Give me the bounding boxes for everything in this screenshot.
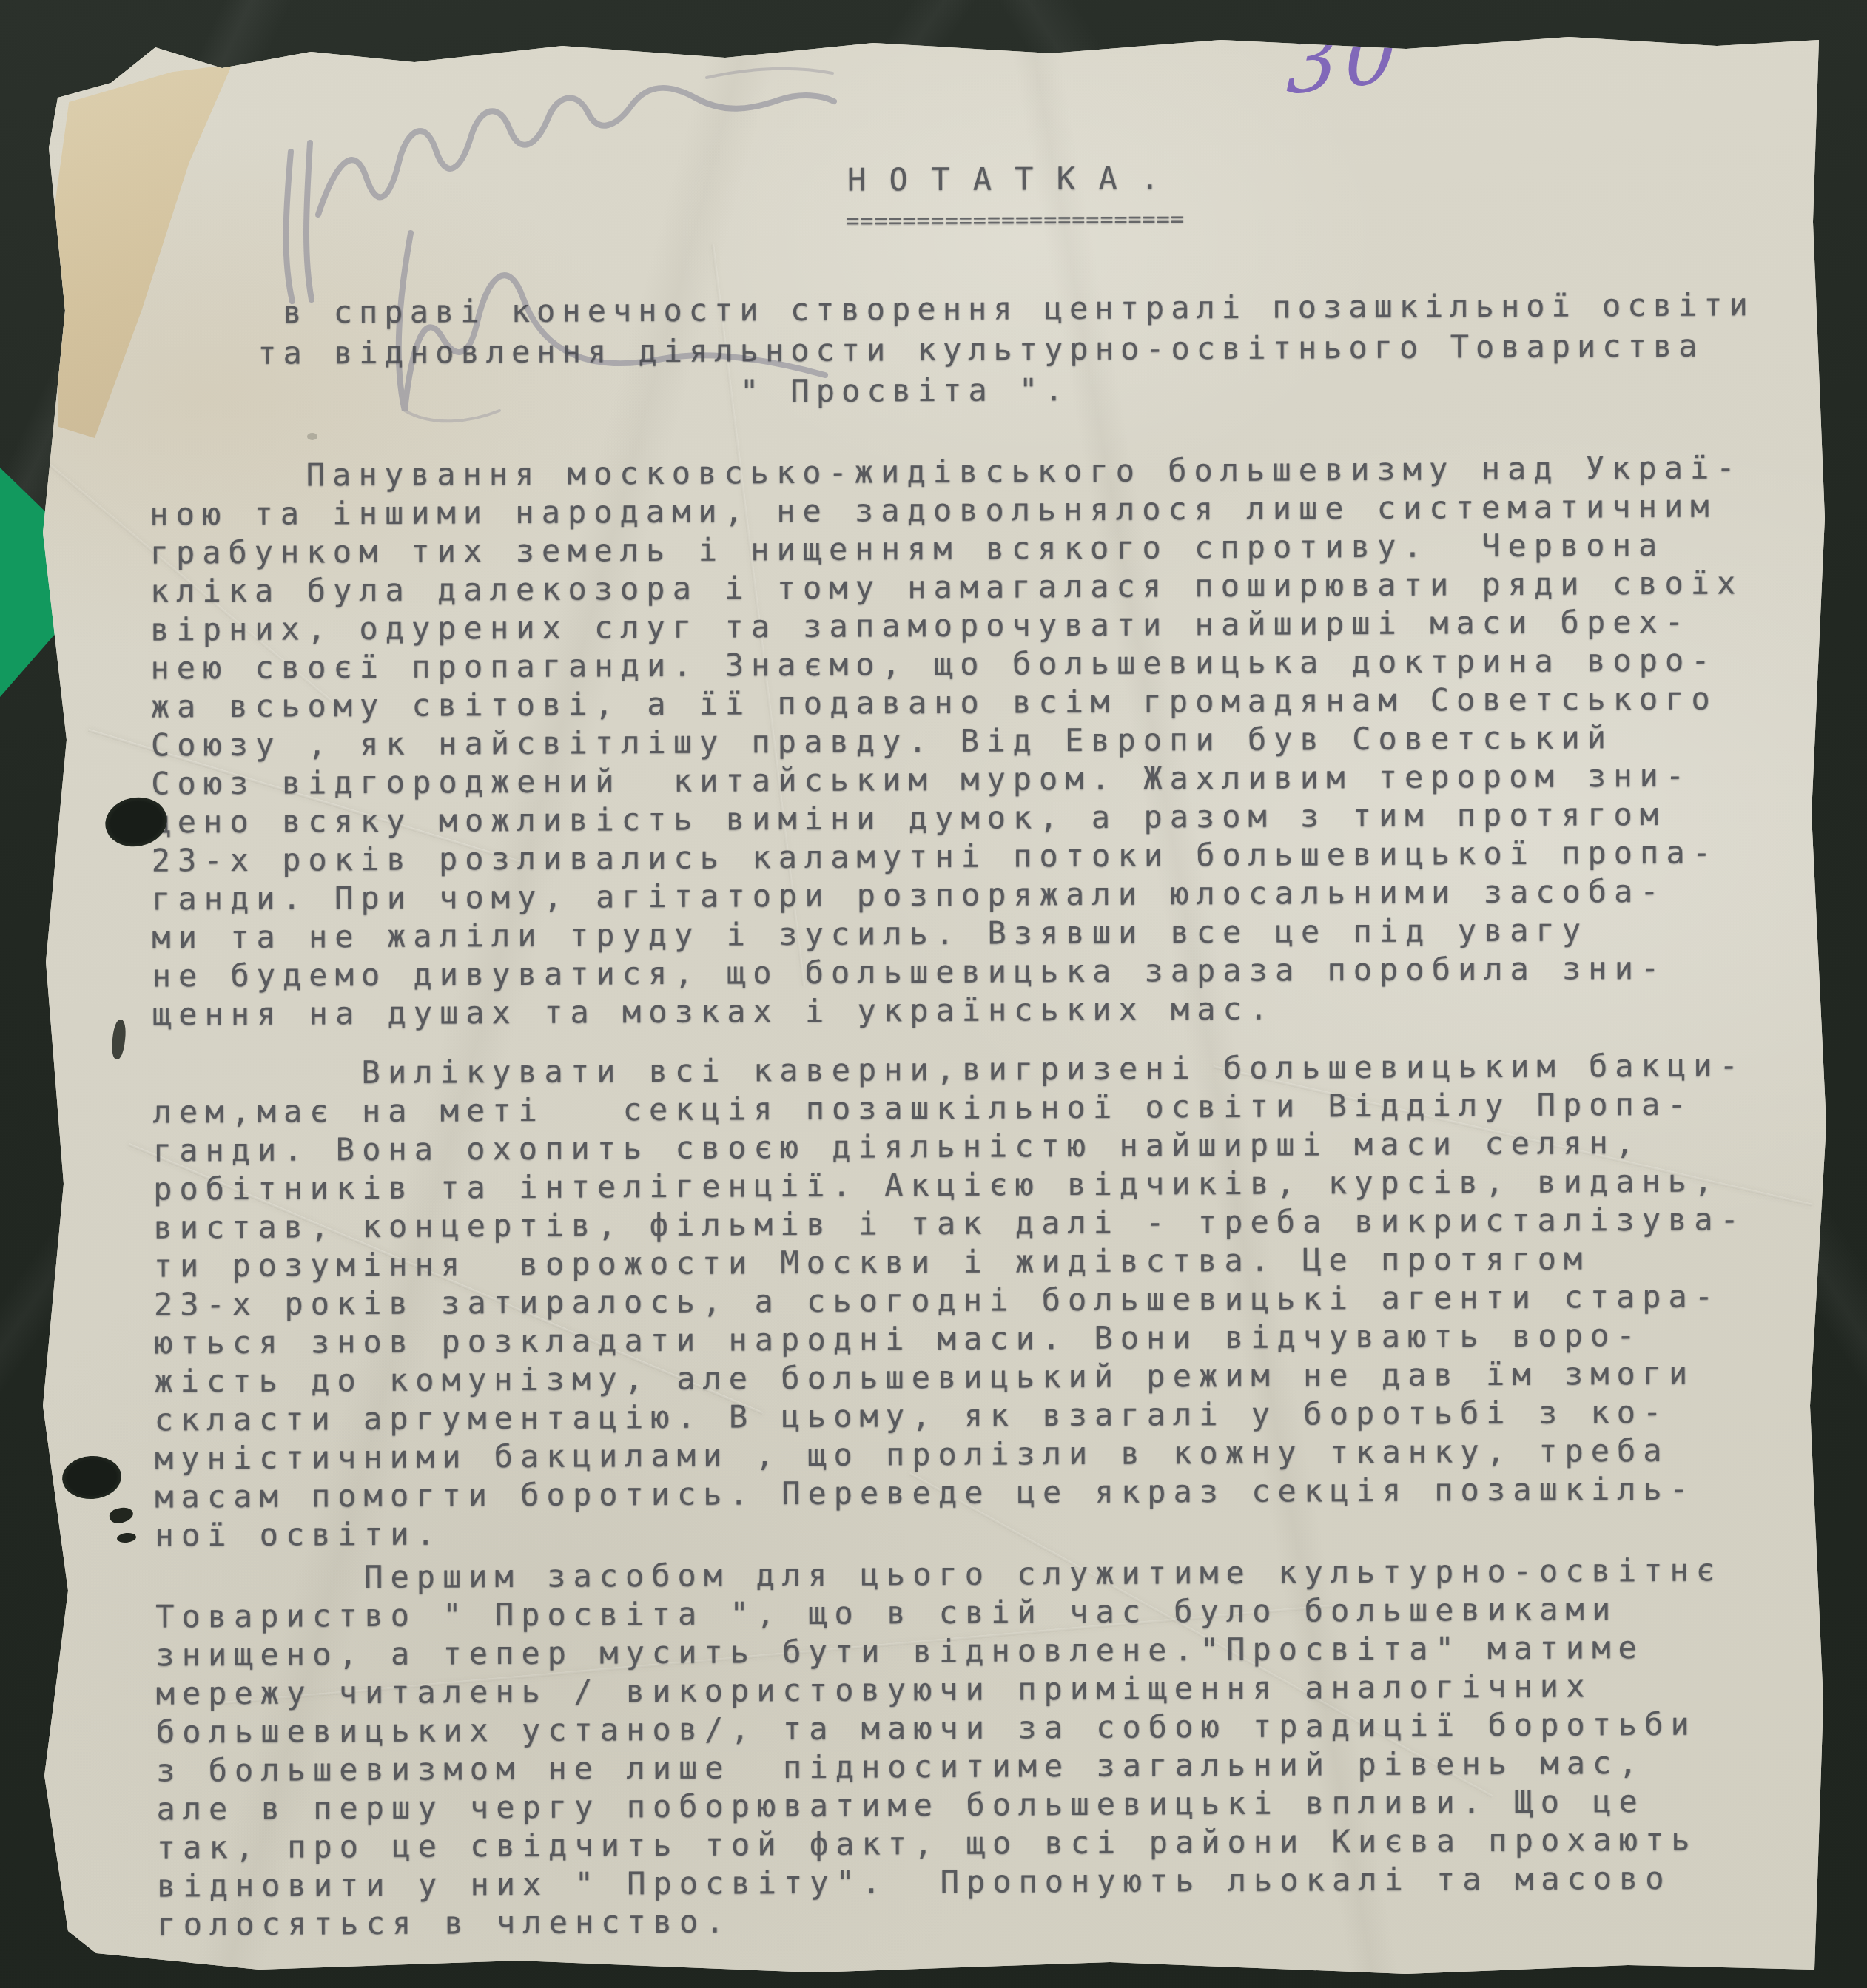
text-line: та відновлення діяльности культурно-осві…	[258, 325, 1755, 374]
text-line: відновити у них " Просвіту". Пропонують …	[157, 1859, 1723, 1905]
paragraph-1: Панування московсько-жидівського большев…	[149, 448, 1746, 1034]
typewritten-content: Н О Т А Т К А . ========================…	[0, 0, 1867, 1988]
text-line: ної освіти.	[155, 1508, 1748, 1554]
text-line: голосяться в членство.	[157, 1897, 1723, 1944]
document-page: 30 Н О Т А Т К А . =====================…	[0, 0, 1867, 1988]
paragraph-3: Першим засобом для цього служитиме культ…	[155, 1551, 1724, 1944]
paper-blemish	[307, 433, 317, 440]
document-title: Н О Т А Т К А .	[847, 160, 1162, 198]
text-line: " Просвіта ".	[258, 365, 1755, 414]
title-underline: ========================	[846, 206, 1185, 234]
document-subtitle: в справі конечности створення централі п…	[258, 284, 1755, 414]
paragraph-2: Вилікувати всі каверни,вигризені большев…	[152, 1046, 1748, 1554]
scan-background: 30 Н О Т А Т К А . =====================…	[0, 0, 1867, 1988]
text-line: щення на душах та мозках і українських м…	[152, 987, 1746, 1034]
